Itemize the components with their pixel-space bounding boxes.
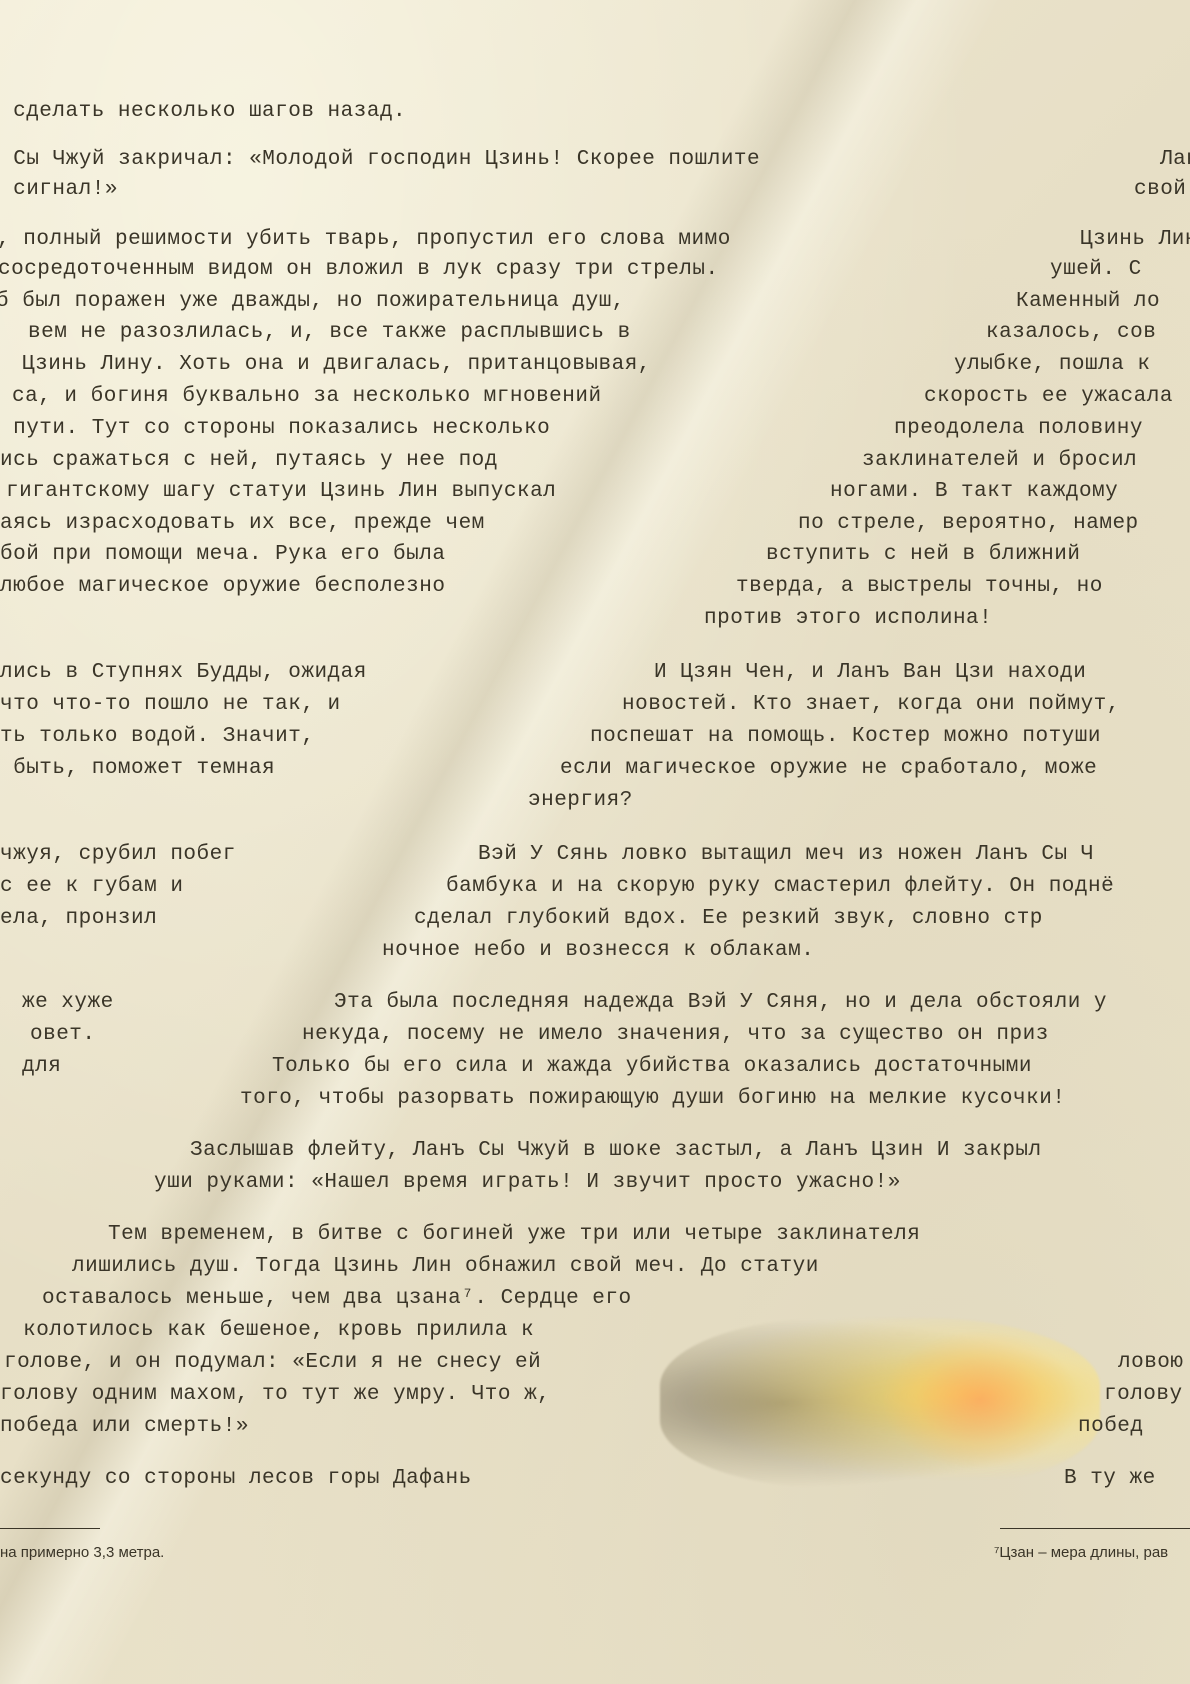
text-line: Эта была последняя надежда Вэй У Сяня, н…	[334, 990, 1107, 1016]
text-line: уши руками: «Нашел время играть! И звучи…	[154, 1170, 901, 1196]
text-line: секунду со стороны лесов горы Дафань	[0, 1466, 472, 1492]
text-line: ись сражаться с ней, путаясь у нее под	[0, 448, 498, 474]
text-line: Заслышав флейту, Ланъ Сы Чжуй в шоке зас…	[190, 1138, 1042, 1164]
text-line: И Цзян Чен, и Ланъ Ван Цзи находи	[654, 660, 1086, 686]
text-line: некуда, посему не имело значения, что за…	[302, 1022, 1049, 1048]
text-line: лись в Ступнях Будды, ожидая	[0, 660, 367, 686]
text-line: свой	[1134, 177, 1186, 203]
text-line: Тем временем, в битве с богиней уже три …	[108, 1222, 920, 1248]
text-line: б был поражен уже дважды, но пожирательн…	[0, 289, 625, 315]
text-line: же хуже	[22, 990, 114, 1016]
text-line: энергия?	[528, 788, 633, 814]
text-line: вем не разозлилась, и, все также расплыв…	[28, 320, 631, 346]
text-line: аясь израсходовать их все, прежде чем	[0, 511, 485, 537]
footnote-text: на примерно 3,3 метра.	[0, 1544, 164, 1561]
footnote-rule	[0, 1528, 100, 1529]
text-line: бой при помощи меча. Рука его была	[0, 542, 445, 568]
footnote-text: ⁷Цзан – мера длины, рав	[994, 1544, 1168, 1561]
text-line: Цзинь Лин,	[1080, 227, 1190, 253]
text-line: казалось, сов	[986, 320, 1156, 346]
text-line: сделал глубокий вдох. Ее резкий звук, сл…	[414, 906, 1043, 932]
text-line: ногами. В такт каждому	[830, 479, 1118, 505]
text-line: сделать несколько шагов назад.	[0, 99, 406, 125]
text-line: гигантскому шагу статуи Цзинь Лин выпуск…	[6, 479, 556, 505]
text-line: сигнал!»	[0, 177, 118, 203]
text-line: ночное небо и вознесся к облакам.	[382, 938, 814, 964]
text-line: В ту же	[1064, 1466, 1156, 1492]
text-line: Цзинь Лину. Хоть она и двигалась, притан…	[22, 352, 651, 378]
text-line: оставалось меньше, чем два цзана⁷. Сердц…	[42, 1286, 632, 1312]
text-line: новостей. Кто знает, когда они поймут,	[622, 692, 1120, 718]
text-line: ела, пронзил	[0, 906, 157, 932]
text-line: вступить с ней в ближний	[766, 542, 1080, 568]
text-line: того, чтобы разорвать пожирающую души бо…	[240, 1086, 1065, 1112]
text-line: Только бы его сила и жажда убийства оказ…	[272, 1054, 1032, 1080]
text-line: бамбука и на скорую руку смастерил флейт…	[446, 874, 1114, 900]
text-line: преодолела половину	[894, 416, 1143, 442]
text-line: ушей. С	[1050, 257, 1142, 283]
text-line: если магическое оружие не сработало, мож…	[560, 756, 1097, 782]
text-line: Каменный ло	[1016, 289, 1160, 315]
text-line: нь Сы Чжуй закричал: «Молодой господин Ц…	[0, 147, 760, 173]
footnote-rule	[1000, 1528, 1190, 1529]
text-line: что что-то пошло не так, и	[0, 692, 341, 718]
text-line: Вэй У Сянь ловко вытащил меч из ножен Ла…	[478, 842, 1094, 868]
text-line: ловою	[1118, 1350, 1184, 1376]
text-line: против этого исполина!	[704, 606, 992, 632]
text-line: заклинателей и бросил	[862, 448, 1137, 474]
text-line: для	[22, 1054, 61, 1080]
text-line: поспешат на помощь. Костер можно потуши	[590, 724, 1101, 750]
text-line: голову	[1104, 1382, 1183, 1408]
text-line: скорость ее ужасала	[924, 384, 1173, 410]
text-line: по стреле, вероятно, намер	[798, 511, 1139, 537]
text-line: ть только водой. Значит,	[0, 724, 314, 750]
text-line: победа или смерть!»	[0, 1414, 249, 1440]
text-line: колотилось как бешеное, кровь прилила к	[10, 1318, 534, 1344]
text-line: голове, и он подумал: «Если я не снесу е…	[4, 1350, 541, 1376]
illustration-flame	[880, 1330, 1080, 1470]
text-line: чжуя, срубил побег	[0, 842, 236, 868]
text-line: быть, поможет темная	[0, 756, 275, 782]
text-line: голову одним махом, то тут же умру. Что …	[0, 1382, 550, 1408]
text-line: Лан	[1160, 147, 1190, 173]
text-line: сосредоточенным видом он вложил в лук ср…	[0, 257, 719, 283]
text-line: са, и богиня буквально за несколько мгно…	[12, 384, 602, 410]
text-line: пути. Тут со стороны показались нескольк…	[0, 416, 550, 442]
text-line: лишились душ. Тогда Цзинь Лин обнажил св…	[72, 1254, 819, 1280]
text-line: тверда, а выстрелы точны, но	[736, 574, 1103, 600]
text-line: овет.	[30, 1022, 96, 1048]
text-line: побед	[1078, 1414, 1144, 1440]
text-line: улыбке, пошла к	[954, 352, 1151, 378]
text-line: с ее к губам и	[0, 874, 183, 900]
text-line: н, полный решимости убить тварь, пропуст…	[0, 227, 731, 253]
text-line: любое магическое оружие бесполезно	[0, 574, 445, 600]
